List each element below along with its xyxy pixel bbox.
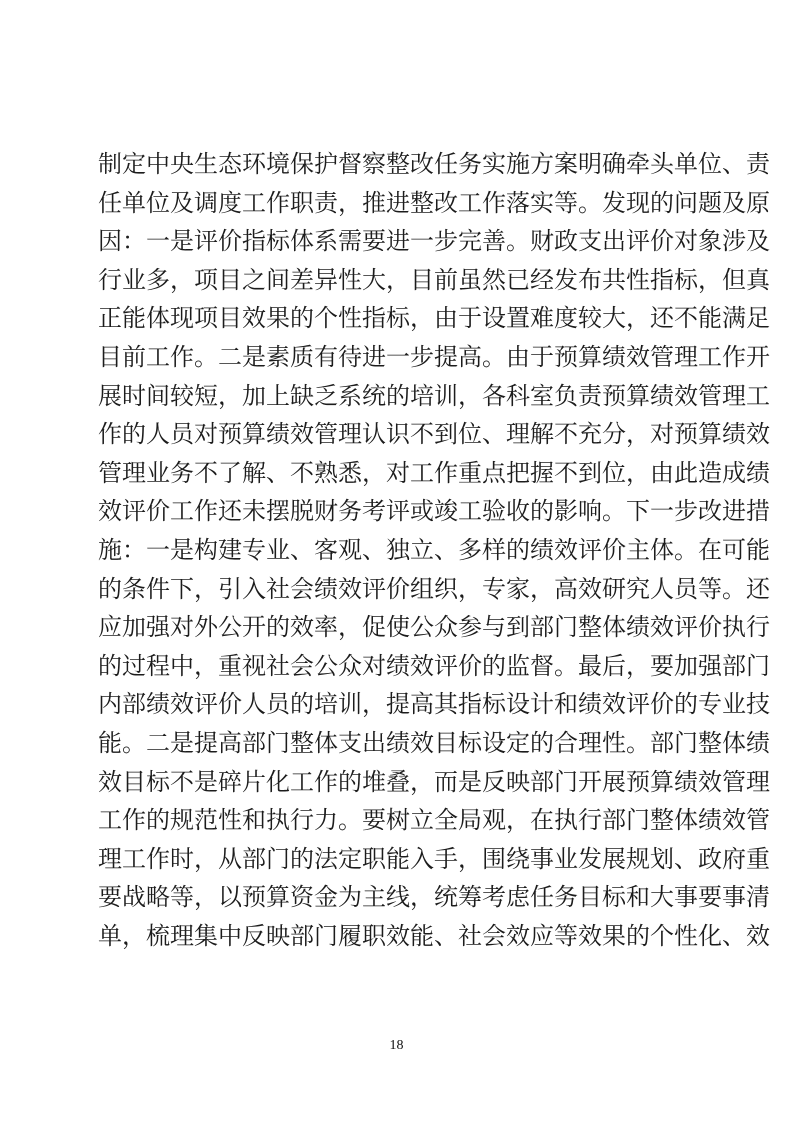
text-line: 展时间较短，加上缺乏系统的培训，各科室负责预算绩效管理工 [98,378,704,417]
text-line: 应加强对外公开的效率，促使公众参与到部门整体绩效评价执行 [98,609,704,648]
text-line: 管理业务不了解、不熟悉，对工作重点把握不到位，由此造成绩 [98,455,704,494]
text-line: 目前工作。二是素质有待进一步提高。由于预算绩效管理工作开 [98,339,704,378]
text-line: 作的人员对预算绩效管理认识不到位、理解不充分，对预算绩效 [98,416,704,455]
text-line: 因：一是评价指标体系需要进一步完善。财政支出评价对象涉及 [98,223,704,262]
text-line: 正能体现项目效果的个性指标，由于设置难度较大，还不能满足 [98,300,704,339]
document-page: 制定中央生态环境保护督察整改任务实施方案明确牵头单位、责任单位及调度工作职责，推… [0,0,793,1122]
text-line: 制定中央生态环境保护督察整改任务实施方案明确牵头单位、责 [98,146,704,185]
body-text: 制定中央生态环境保护督察整改任务实施方案明确牵头单位、责任单位及调度工作职责，推… [98,146,704,956]
text-line: 理工作时，从部门的法定职能入手，围绕事业发展规划、政府重 [98,841,704,880]
text-line: 施：一是构建专业、客观、独立、多样的绩效评价主体。在可能 [98,532,704,571]
text-line: 要战略等，以预算资金为主线，统筹考虑任务目标和大事要事清 [98,879,704,918]
text-line: 任单位及调度工作职责，推进整改工作落实等。发现的问题及原 [98,185,704,224]
text-line: 工作的规范性和执行力。要树立全局观，在执行部门整体绩效管 [98,802,704,841]
text-line: 的过程中，重视社会公众对绩效评价的监督。最后，要加强部门 [98,648,704,687]
text-line: 能。二是提高部门整体支出绩效目标设定的合理性。部门整体绩 [98,725,704,764]
text-line: 效目标不是碎片化工作的堆叠，而是反映部门开展预算绩效管理 [98,764,704,803]
text-line: 行业多，项目之间差异性大，目前虽然已经发布共性指标，但真 [98,262,704,301]
text-line: 的条件下，引入社会绩效评价组织，专家，高效研究人员等。还 [98,571,704,610]
text-line: 内部绩效评价人员的培训，提高其指标设计和绩效评价的专业技 [98,686,704,725]
page-footer: 18 [0,1036,793,1054]
text-line: 效评价工作还未摆脱财务考评或竣工验收的影响。下一步改进措 [98,493,704,532]
text-line: 单，梳理集中反映部门履职效能、社会效应等效果的个性化、效 [98,918,704,957]
page-number: 18 [390,1038,404,1053]
